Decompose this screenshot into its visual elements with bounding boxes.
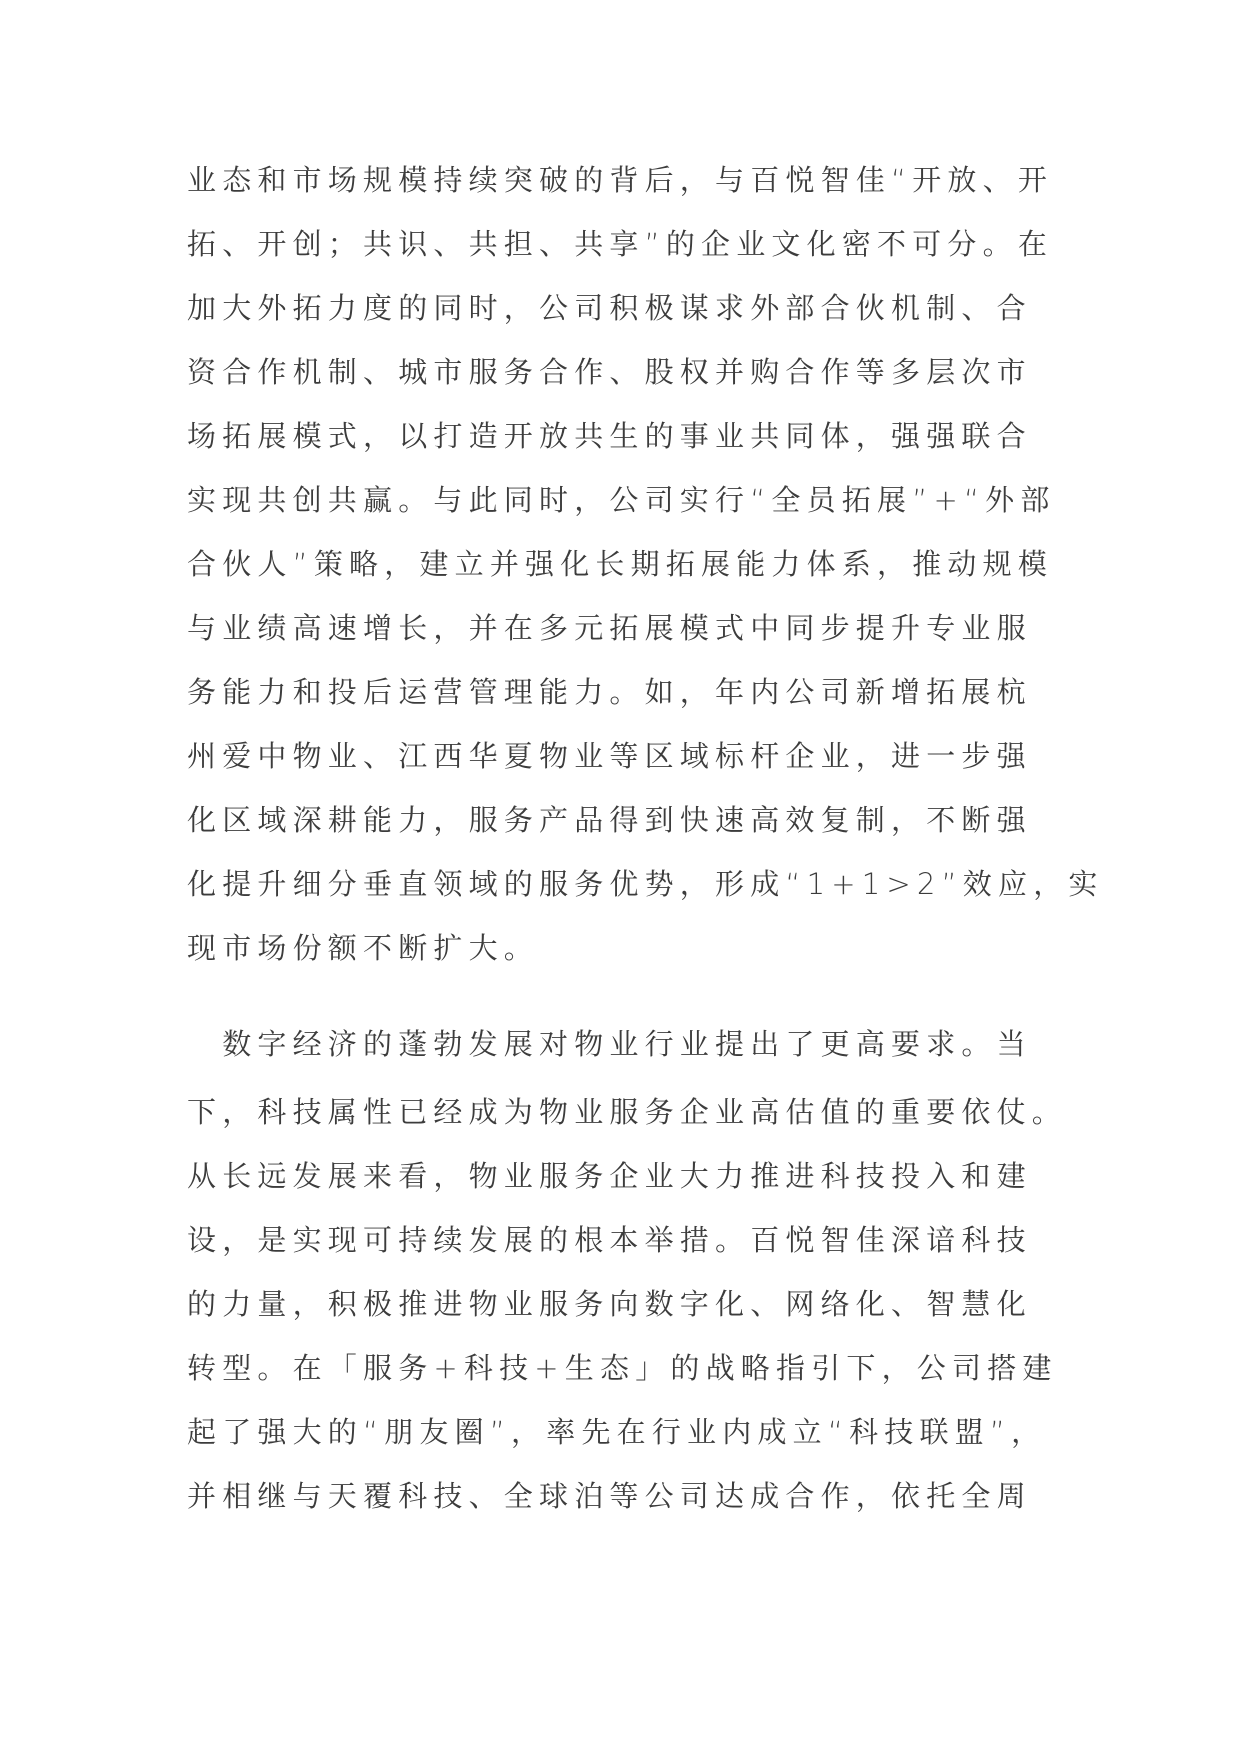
text-line: 业态和市场规模持续突破的背后，与百悦智佳“开放、开 [187, 162, 1067, 198]
text-line: 的力量，积极推进物业服务向数字化、网络化、智慧化 [187, 1286, 1067, 1322]
text-line: 起了强大的“朋友圈”，率先在行业内成立“科技联盟”， [187, 1414, 1067, 1450]
text-line: 转型。在「服务+科技+生态」的战略指引下，公司搭建 [187, 1350, 1067, 1386]
text-line: 与业绩高速增长，并在多元拓展模式中同步提升专业服 [187, 610, 1067, 646]
text-line: 加大外拓力度的同时，公司积极谋求外部合伙机制、合 [187, 290, 1067, 326]
text-line: 从长远发展来看，物业服务企业大力推进科技投入和建 [187, 1158, 1067, 1194]
text-line: 务能力和投后运营管理能力。如，年内公司新增拓展杭 [187, 674, 1067, 710]
text-line: 现市场份额不断扩大。 [187, 930, 1067, 966]
text-line: 下，科技属性已经成为物业服务企业高估值的重要依仗。 [187, 1094, 1067, 1130]
document-page: 业态和市场规模持续突破的背后，与百悦智佳“开放、开 拓、开创；共识、共担、共享”… [0, 0, 1242, 1757]
text-line: 州爱中物业、江西华夏物业等区域标杆企业，进一步强 [187, 738, 1067, 774]
text-line: 化区域深耕能力，服务产品得到快速高效复制，不断强 [187, 802, 1067, 838]
text-line: 实现共创共赢。与此同时，公司实行“全员拓展”+“外部 [187, 482, 1067, 518]
text-line: 拓、开创；共识、共担、共享”的企业文化密不可分。在 [187, 226, 1067, 262]
text-line: 资合作机制、城市服务合作、股权并购合作等多层次市 [187, 354, 1067, 390]
text-line: 合伙人”策略，建立并强化长期拓展能力体系，推动规模 [187, 546, 1067, 582]
text-line: 化提升细分垂直领域的服务优势，形成“1+1>2”效应，实 [187, 866, 1067, 902]
text-line: 数字经济的蓬勃发展对物业行业提出了更高要求。当 [187, 1026, 1067, 1062]
text-line: 并相继与天覆科技、全球泊等公司达成合作，依托全周 [187, 1478, 1067, 1514]
text-line: 设，是实现可持续发展的根本举措。百悦智佳深谙科技 [187, 1222, 1067, 1258]
text-line: 场拓展模式，以打造开放共生的事业共同体，强强联合 [187, 418, 1067, 454]
